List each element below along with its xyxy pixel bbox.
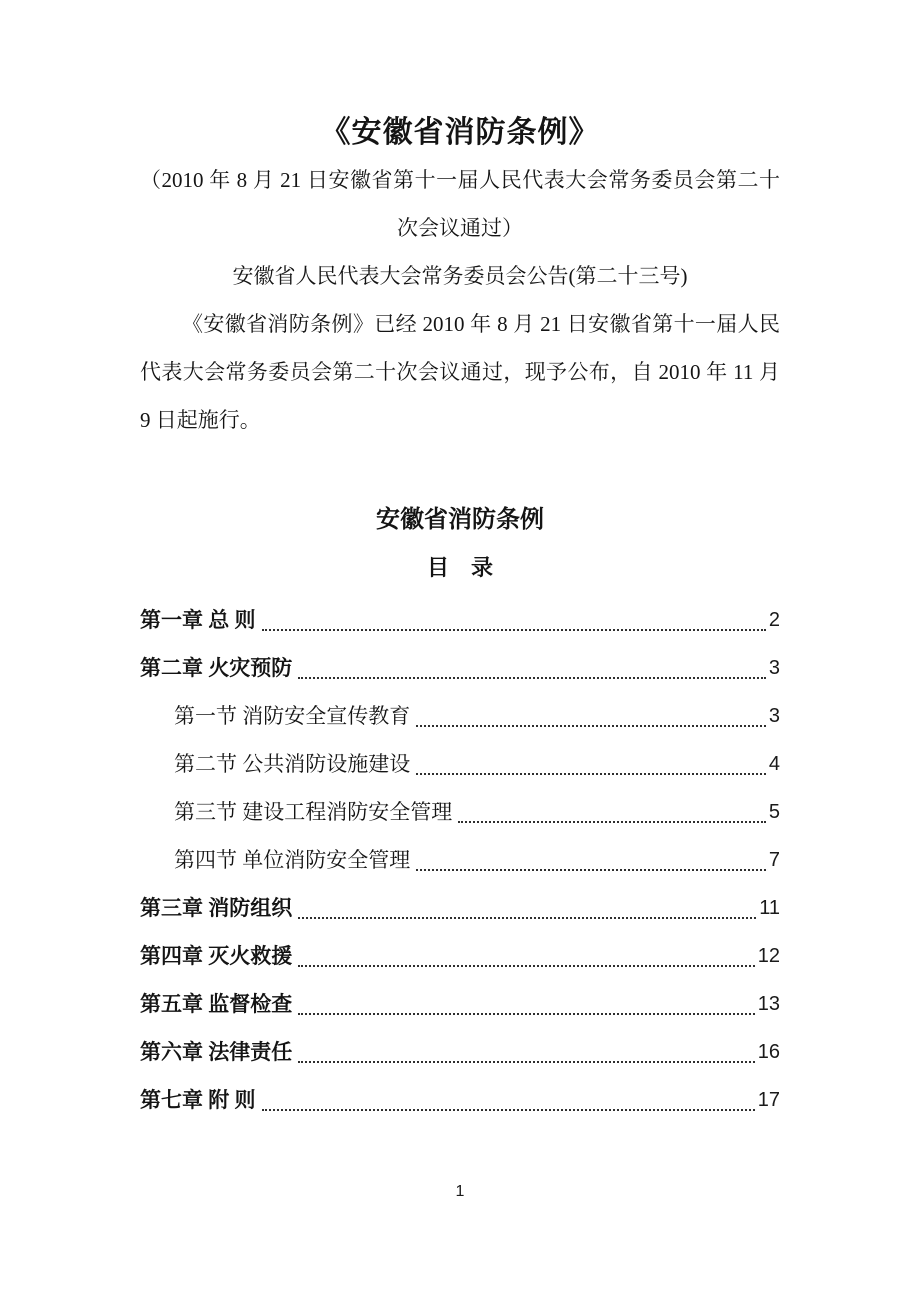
toc-entry-page: 17 [758, 1076, 780, 1124]
toc-entry-page: 12 [758, 932, 780, 980]
toc-entry-label: 第四章 灭火救援 [140, 932, 292, 980]
toc-leader-dots [298, 677, 766, 679]
toc-leader-dots [298, 1013, 755, 1015]
passage-note-line-2: 次会议通过） [140, 204, 780, 252]
toc-entry-section-2-1[interactable]: 第一节 消防安全宣传教育 3 [140, 692, 780, 740]
toc-entry-page: 2 [769, 596, 780, 644]
toc-leader-dots [416, 869, 766, 871]
toc-leader-dots [298, 965, 755, 967]
toc-entry-page: 13 [758, 980, 780, 1028]
document-content: 《安徽省消防条例》 （2010 年 8 月 21 日安徽省第十一届人民代表大会常… [0, 0, 920, 1124]
section-title: 安徽省消防条例 [140, 496, 780, 544]
toc-entry-chapter-6[interactable]: 第六章 法律责任 16 [140, 1028, 780, 1076]
toc-entry-section-2-4[interactable]: 第四节 单位消防安全管理 7 [140, 836, 780, 884]
toc-entry-page: 5 [769, 788, 780, 836]
toc-entry-page: 4 [769, 740, 780, 788]
toc-title: 目 录 [140, 544, 780, 592]
toc-entry-label: 第六章 法律责任 [140, 1028, 292, 1076]
toc-entry-label: 第一章 总 则 [140, 596, 256, 644]
toc-entry-chapter-4[interactable]: 第四章 灭火救援 12 [140, 932, 780, 980]
document-title: 《安徽省消防条例》 [140, 110, 780, 156]
toc-entry-section-2-2[interactable]: 第二节 公共消防设施建设 4 [140, 740, 780, 788]
toc-leader-dots [416, 725, 766, 727]
toc-entry-label: 第五章 监督检查 [140, 980, 292, 1028]
preamble-line-1: 《安徽省消防条例》已经 2010 年 8 月 21 日安徽省第十一届人民 [140, 300, 780, 348]
table-of-contents: 第一章 总 则 2 第二章 火灾预防 3 第一节 消防安全宣传教育 3 第二节 … [140, 596, 780, 1124]
toc-entry-label: 第三节 建设工程消防安全管理 [174, 788, 452, 836]
toc-entry-page: 3 [769, 692, 780, 740]
toc-leader-dots [298, 1061, 755, 1063]
toc-leader-dots [298, 917, 756, 919]
toc-entry-chapter-3[interactable]: 第三章 消防组织 11 [140, 884, 780, 932]
toc-entry-label: 第一节 消防安全宣传教育 [174, 692, 410, 740]
document-page: 《安徽省消防条例》 （2010 年 8 月 21 日安徽省第十一届人民代表大会常… [0, 0, 920, 1302]
toc-entry-label: 第二章 火灾预防 [140, 644, 292, 692]
toc-entry-page: 3 [769, 644, 780, 692]
toc-entry-page: 16 [758, 1028, 780, 1076]
toc-entry-page: 11 [759, 884, 780, 932]
preamble-line-2: 代表大会常务委员会第二十次会议通过，现予公布，自 2010 年 11 月 [140, 348, 780, 396]
preamble-line-3: 9 日起施行。 [140, 396, 780, 444]
toc-entry-page: 7 [769, 836, 780, 884]
footer-page-number: 1 [0, 1183, 920, 1201]
toc-leader-dots [458, 821, 766, 823]
toc-entry-label: 第四节 单位消防安全管理 [174, 836, 410, 884]
toc-entry-label: 第二节 公共消防设施建设 [174, 740, 410, 788]
toc-entry-label: 第三章 消防组织 [140, 884, 292, 932]
toc-entry-chapter-5[interactable]: 第五章 监督检查 13 [140, 980, 780, 1028]
toc-entry-chapter-2[interactable]: 第二章 火灾预防 3 [140, 644, 780, 692]
toc-leader-dots [262, 1109, 755, 1111]
passage-note-line-1: （2010 年 8 月 21 日安徽省第十一届人民代表大会常务委员会第二十 [140, 156, 780, 204]
announcement-line: 安徽省人民代表大会常务委员会公告(第二十三号) [140, 252, 780, 300]
toc-leader-dots [262, 629, 766, 631]
toc-entry-chapter-1[interactable]: 第一章 总 则 2 [140, 596, 780, 644]
toc-entry-label: 第七章 附 则 [140, 1076, 256, 1124]
toc-entry-section-2-3[interactable]: 第三节 建设工程消防安全管理 5 [140, 788, 780, 836]
toc-leader-dots [416, 773, 766, 775]
toc-entry-chapter-7[interactable]: 第七章 附 则 17 [140, 1076, 780, 1124]
